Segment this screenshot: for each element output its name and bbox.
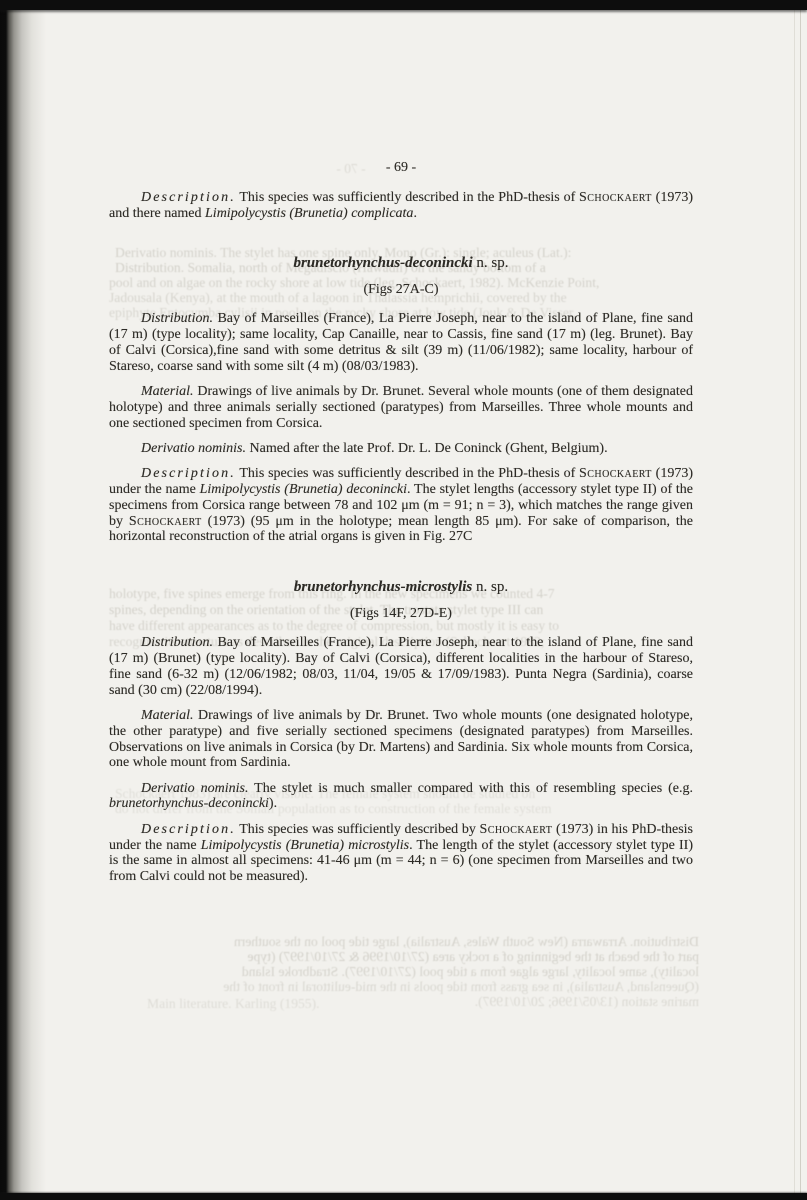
- page-edge-line: [800, 10, 801, 1193]
- paragraph-distribution: Distribution. Bay of Marseilles (France)…: [109, 635, 693, 698]
- scanned-book-page: - 70 -Derivatio nominis. The stylet has …: [0, 0, 807, 1200]
- paragraph-distribution: Distribution. Bay of Marseilles (France)…: [109, 311, 693, 374]
- text-column: - 69 - Description. This species was suf…: [109, 160, 693, 885]
- bleed-through-line: locality), same locality, large algae fr…: [115, 964, 699, 980]
- paragraph-material: Material. Drawings of live animals by Dr…: [109, 708, 693, 771]
- paragraph-derivatio-nominis: Derivatio nominis. The stylet is much sm…: [109, 781, 693, 813]
- paragraph-derivatio-nominis: Derivatio nominis. Named after the late …: [109, 441, 693, 457]
- book-spine-shadow: [0, 0, 46, 1200]
- page-edge-line: [794, 10, 795, 1193]
- paragraph-description-previous-species: Description. This species was sufficient…: [109, 190, 693, 222]
- paragraph-material: Material. Drawings of live animals by Dr…: [109, 384, 693, 431]
- scan-border-top: [0, 0, 807, 10]
- bleed-through-line: marine station (13/05/1996; 20/10/1997).: [115, 994, 699, 1010]
- bleed-through-line: Distribution. Arrawarra (New South Wales…: [115, 934, 699, 950]
- species-heading: brunetorhynchus-microstylis n. sp.: [109, 578, 693, 596]
- species-heading: brunetorhynchus-deconincki n. sp.: [109, 254, 693, 272]
- figs-reference: (Figs 27A-C): [109, 281, 693, 298]
- bleed-through-line: Main literature. Karling (1955).: [147, 996, 447, 1012]
- figs-reference: (Figs 14F, 27D-E): [109, 605, 693, 622]
- species-section-deconincki: brunetorhynchus-deconincki n. sp. (Figs …: [109, 254, 693, 545]
- species-section-microstylis: brunetorhynchus-microstylis n. sp. (Figs…: [109, 578, 693, 885]
- scan-border-bottom: [0, 1193, 807, 1200]
- bleed-through-line: part of the beach at the beginning of a …: [115, 949, 699, 965]
- bleed-through-line: (Queensland, Australia), in sea grass fr…: [115, 979, 699, 995]
- paragraph-description: Description. This species was sufficient…: [109, 466, 693, 545]
- paragraph-description: Description. This species was sufficient…: [109, 822, 693, 885]
- page-number: - 69 -: [109, 160, 693, 176]
